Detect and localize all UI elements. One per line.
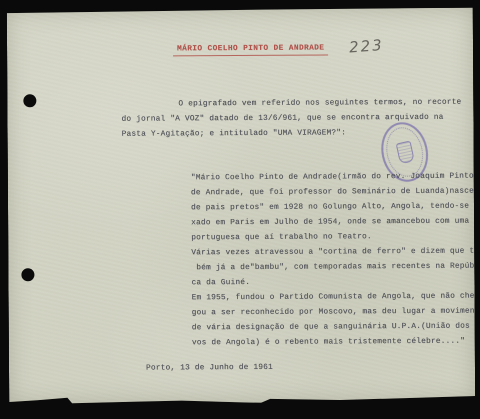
dateline: Porto, 13 de Junho de 1961 bbox=[146, 361, 273, 377]
quoted-paragraph: "Mário Coelho Pinto de Andrade(irmão do … bbox=[191, 169, 480, 351]
punch-hole-bottom bbox=[21, 268, 34, 281]
scan-background: MÁRIO COELHO PINTO DE ANDRADE 223 O epig… bbox=[0, 0, 480, 419]
punch-hole-top bbox=[23, 94, 36, 107]
quote-line: vos de Angola) é o rebento mais tristeme… bbox=[192, 334, 480, 351]
quote-line: "Mário Coelho Pinto de Andrade(irmão do … bbox=[191, 169, 480, 186]
quote-line: de Andrade, que foi professor do Seminár… bbox=[191, 184, 480, 201]
quote-line: xado em Paris em Julho de 1954, onde se … bbox=[191, 214, 480, 231]
archive-page-number: 223 bbox=[348, 36, 384, 57]
quote-line: ca da Guiné. bbox=[191, 274, 480, 291]
quote-line: Em 1955, fundou o Partido Comunista de A… bbox=[192, 289, 480, 306]
quote-line: de pais pretos" em 1928 no Golungo Alto,… bbox=[191, 199, 480, 216]
quote-line: gou a ser reconhecido por Moscovo, mas d… bbox=[192, 304, 480, 321]
quote-line: de vária designação de que a sanguinária… bbox=[192, 319, 480, 336]
quote-line: Várias vezes atravessou a "cortina de fe… bbox=[191, 244, 480, 261]
document-page: MÁRIO COELHO PINTO DE ANDRADE 223 O epig… bbox=[7, 8, 475, 405]
document-title: MÁRIO COELHO PINTO DE ANDRADE bbox=[173, 44, 328, 56]
quote-line: portuguesa que aí trabalho no Teatro. bbox=[191, 229, 480, 246]
quote-line: bém já a de"bambu", com temporadas mais … bbox=[191, 259, 480, 276]
